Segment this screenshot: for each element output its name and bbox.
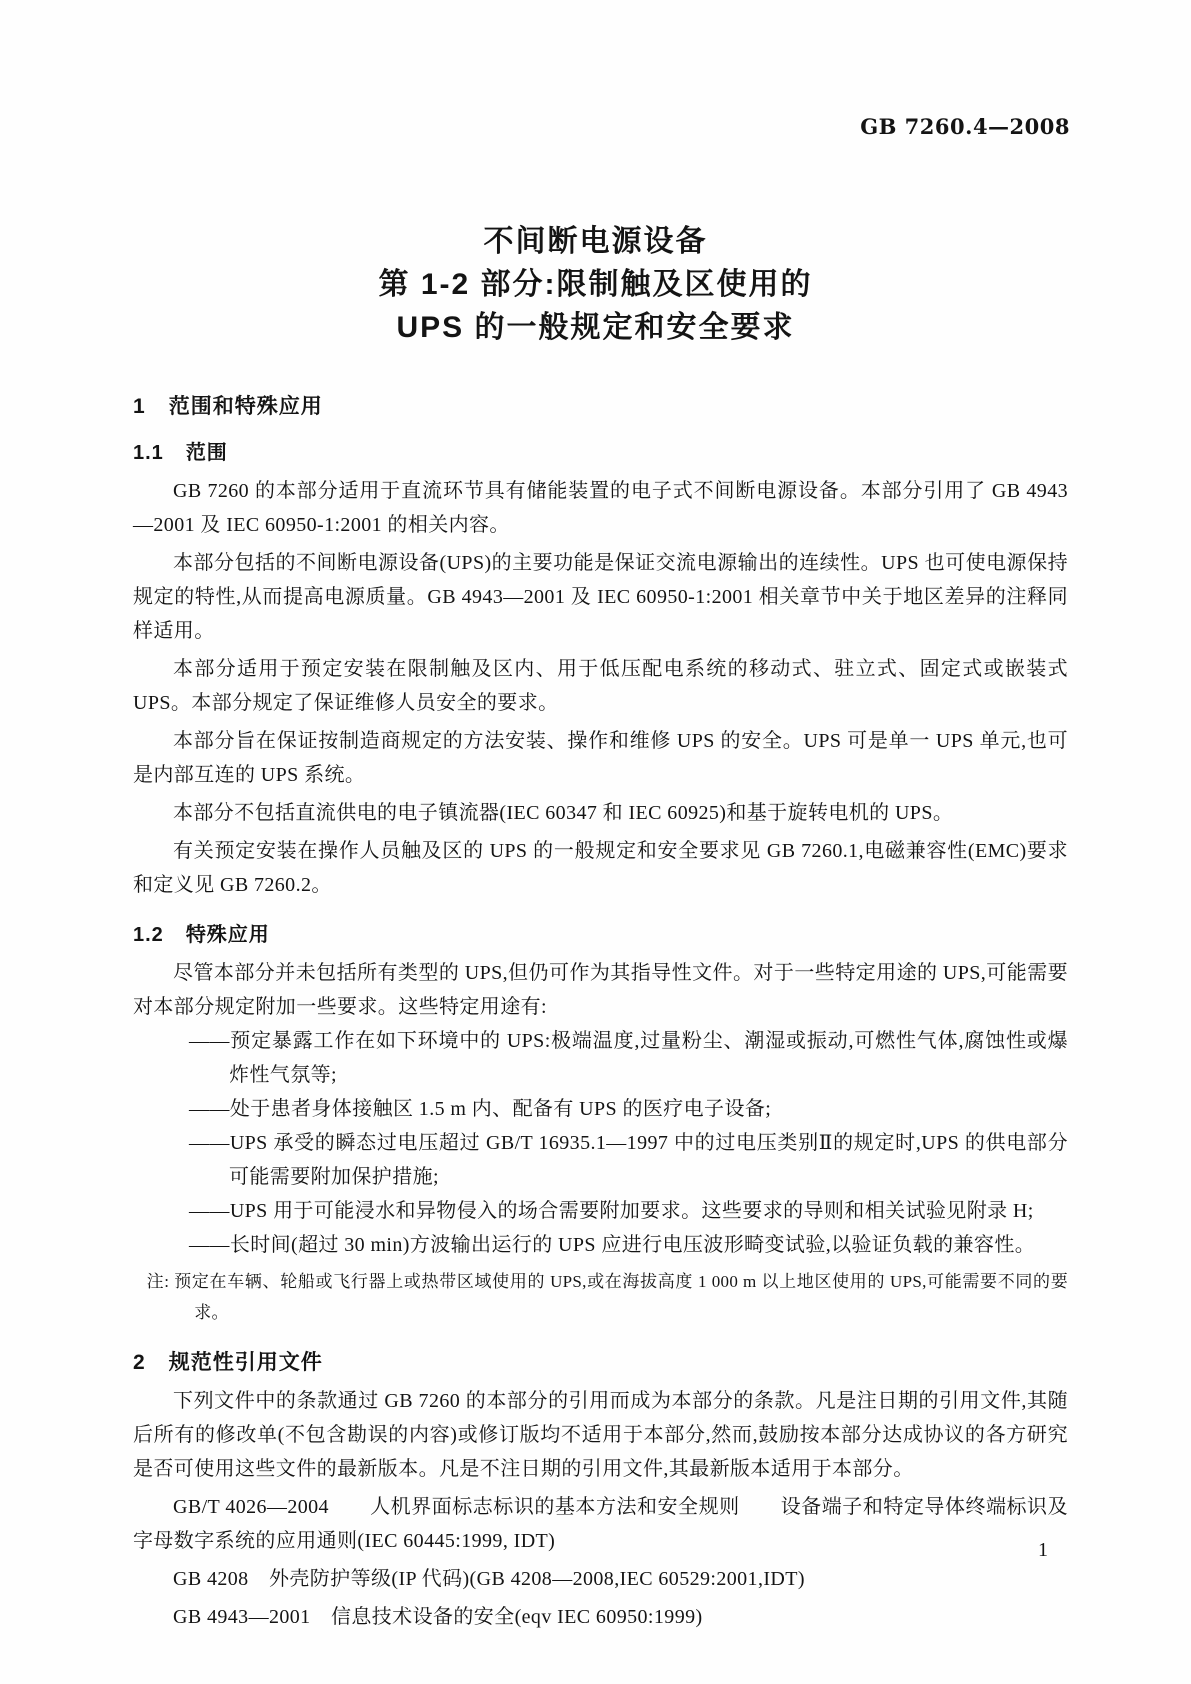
paragraph: 本部分不包括直流供电的电子镇流器(IEC 60347 和 IEC 60925)和… (133, 796, 1068, 830)
list-item-text: UPS 承受的瞬态过电压超过 GB/T 16935.1—1997 中的过电压类别… (229, 1132, 1068, 1188)
note-text: 预定在车辆、轮船或飞行器上或热带区域使用的 UPS,或在海拔高度 1 000 m… (174, 1272, 1068, 1322)
list-item-text: 处于患者身体接触区 1.5 m 内、配备有 UPS 的医疗电子设备; (230, 1098, 771, 1120)
list-item-text: 长时间(超过 30 min)方波输出运行的 UPS 应进行电压波形畸变试验,以验… (230, 1234, 1035, 1256)
paragraph: 尽管本部分并未包括所有类型的 UPS,但仍可作为其指导性文件。对于一些特定用途的… (133, 956, 1068, 1024)
section-1-number: 1 (133, 395, 146, 418)
note-label: 注: (147, 1272, 170, 1291)
section-1-title: 范围和特殊应用 (169, 395, 323, 418)
document-page: GB 7260.4—2008 不间断电源设备 第 1-2 部分:限制触及区使用的… (0, 0, 1191, 1684)
paragraph: 本部分包括的不间断电源设备(UPS)的主要功能是保证交流电源输出的连续性。UPS… (133, 546, 1068, 648)
section-1-1-title: 范围 (186, 442, 228, 464)
paragraph: 有关预定安装在操作人员触及区的 UPS 的一般规定和安全要求见 GB 7260.… (133, 834, 1068, 902)
paragraph: 下列文件中的条款通过 GB 7260 的本部分的引用而成为本部分的条款。凡是注日… (133, 1384, 1068, 1486)
list-item: ——UPS 用于可能浸水和异物侵入的场合需要附加要求。这些要求的导则和相关试验见… (133, 1194, 1068, 1228)
list-dash: —— (189, 1098, 230, 1120)
list-item: ——预定暴露工作在如下环境中的 UPS:极端温度,过量粉尘、潮湿或振动,可燃性气… (133, 1024, 1068, 1092)
page-number: 1 (1038, 1539, 1048, 1562)
document-title: 不间断电源设备 第 1-2 部分:限制触及区使用的 UPS 的一般规定和安全要求 (0, 220, 1191, 349)
list-dash: —— (189, 1234, 230, 1256)
note: 注: 预定在车辆、轮船或飞行器上或热带区域使用的 UPS,或在海拔高度 1 00… (133, 1266, 1068, 1328)
title-line-2: 第 1-2 部分:限制触及区使用的 (0, 263, 1191, 306)
standard-code-header: GB 7260.4—2008 (0, 0, 1191, 142)
section-1-2-title: 特殊应用 (186, 924, 270, 946)
reference-entry: GB 4208 外壳防护等级(IP 代码)(GB 4208—2008,IEC 6… (133, 1562, 1068, 1596)
paragraph: GB 7260 的本部分适用于直流环节具有储能装置的电子式不间断电源设备。本部分… (133, 474, 1068, 542)
paragraph: 本部分旨在保证按制造商规定的方法安装、操作和维修 UPS 的安全。UPS 可是单… (133, 724, 1068, 792)
list-item-text: UPS 用于可能浸水和异物侵入的场合需要附加要求。这些要求的导则和相关试验见附录… (230, 1200, 1034, 1222)
list-item-text: 预定暴露工作在如下环境中的 UPS:极端温度,过量粉尘、潮湿或振动,可燃性气体,… (229, 1030, 1068, 1086)
section-1-2-heading: 1.2特殊应用 (133, 922, 1068, 948)
reference-entry: GB/T 4026—2004 人机界面标志标识的基本方法和安全规则 设备端子和特… (133, 1490, 1068, 1558)
list-item: ——处于患者身体接触区 1.5 m 内、配备有 UPS 的医疗电子设备; (133, 1092, 1068, 1126)
title-line-1: 不间断电源设备 (0, 220, 1191, 263)
section-2-heading: 2规范性引用文件 (133, 1350, 1068, 1376)
list-dash: —— (189, 1030, 230, 1052)
section-1-2-number: 1.2 (133, 924, 164, 946)
section-1-heading: 1范围和特殊应用 (133, 394, 1068, 420)
list-dash: —— (189, 1200, 230, 1222)
list-item: ——长时间(超过 30 min)方波输出运行的 UPS 应进行电压波形畸变试验,… (133, 1228, 1068, 1262)
section-1-1-number: 1.1 (133, 442, 164, 464)
standard-code: GB 7260.4—2008 (860, 114, 1070, 139)
list-item: ——UPS 承受的瞬态过电压超过 GB/T 16935.1—1997 中的过电压… (133, 1126, 1068, 1194)
section-2-number: 2 (133, 1351, 146, 1374)
title-line-3: UPS 的一般规定和安全要求 (0, 306, 1191, 349)
document-body: 1范围和特殊应用 1.1范围 GB 7260 的本部分适用于直流环节具有储能装置… (0, 394, 1191, 1634)
reference-entry: GB 4943—2001 信息技术设备的安全(eqv IEC 60950:199… (133, 1600, 1068, 1634)
section-1-1-heading: 1.1范围 (133, 440, 1068, 466)
paragraph: 本部分适用于预定安装在限制触及区内、用于低压配电系统的移动式、驻立式、固定式或嵌… (133, 652, 1068, 720)
list-dash: —— (189, 1132, 230, 1154)
section-2-title: 规范性引用文件 (169, 1351, 323, 1374)
